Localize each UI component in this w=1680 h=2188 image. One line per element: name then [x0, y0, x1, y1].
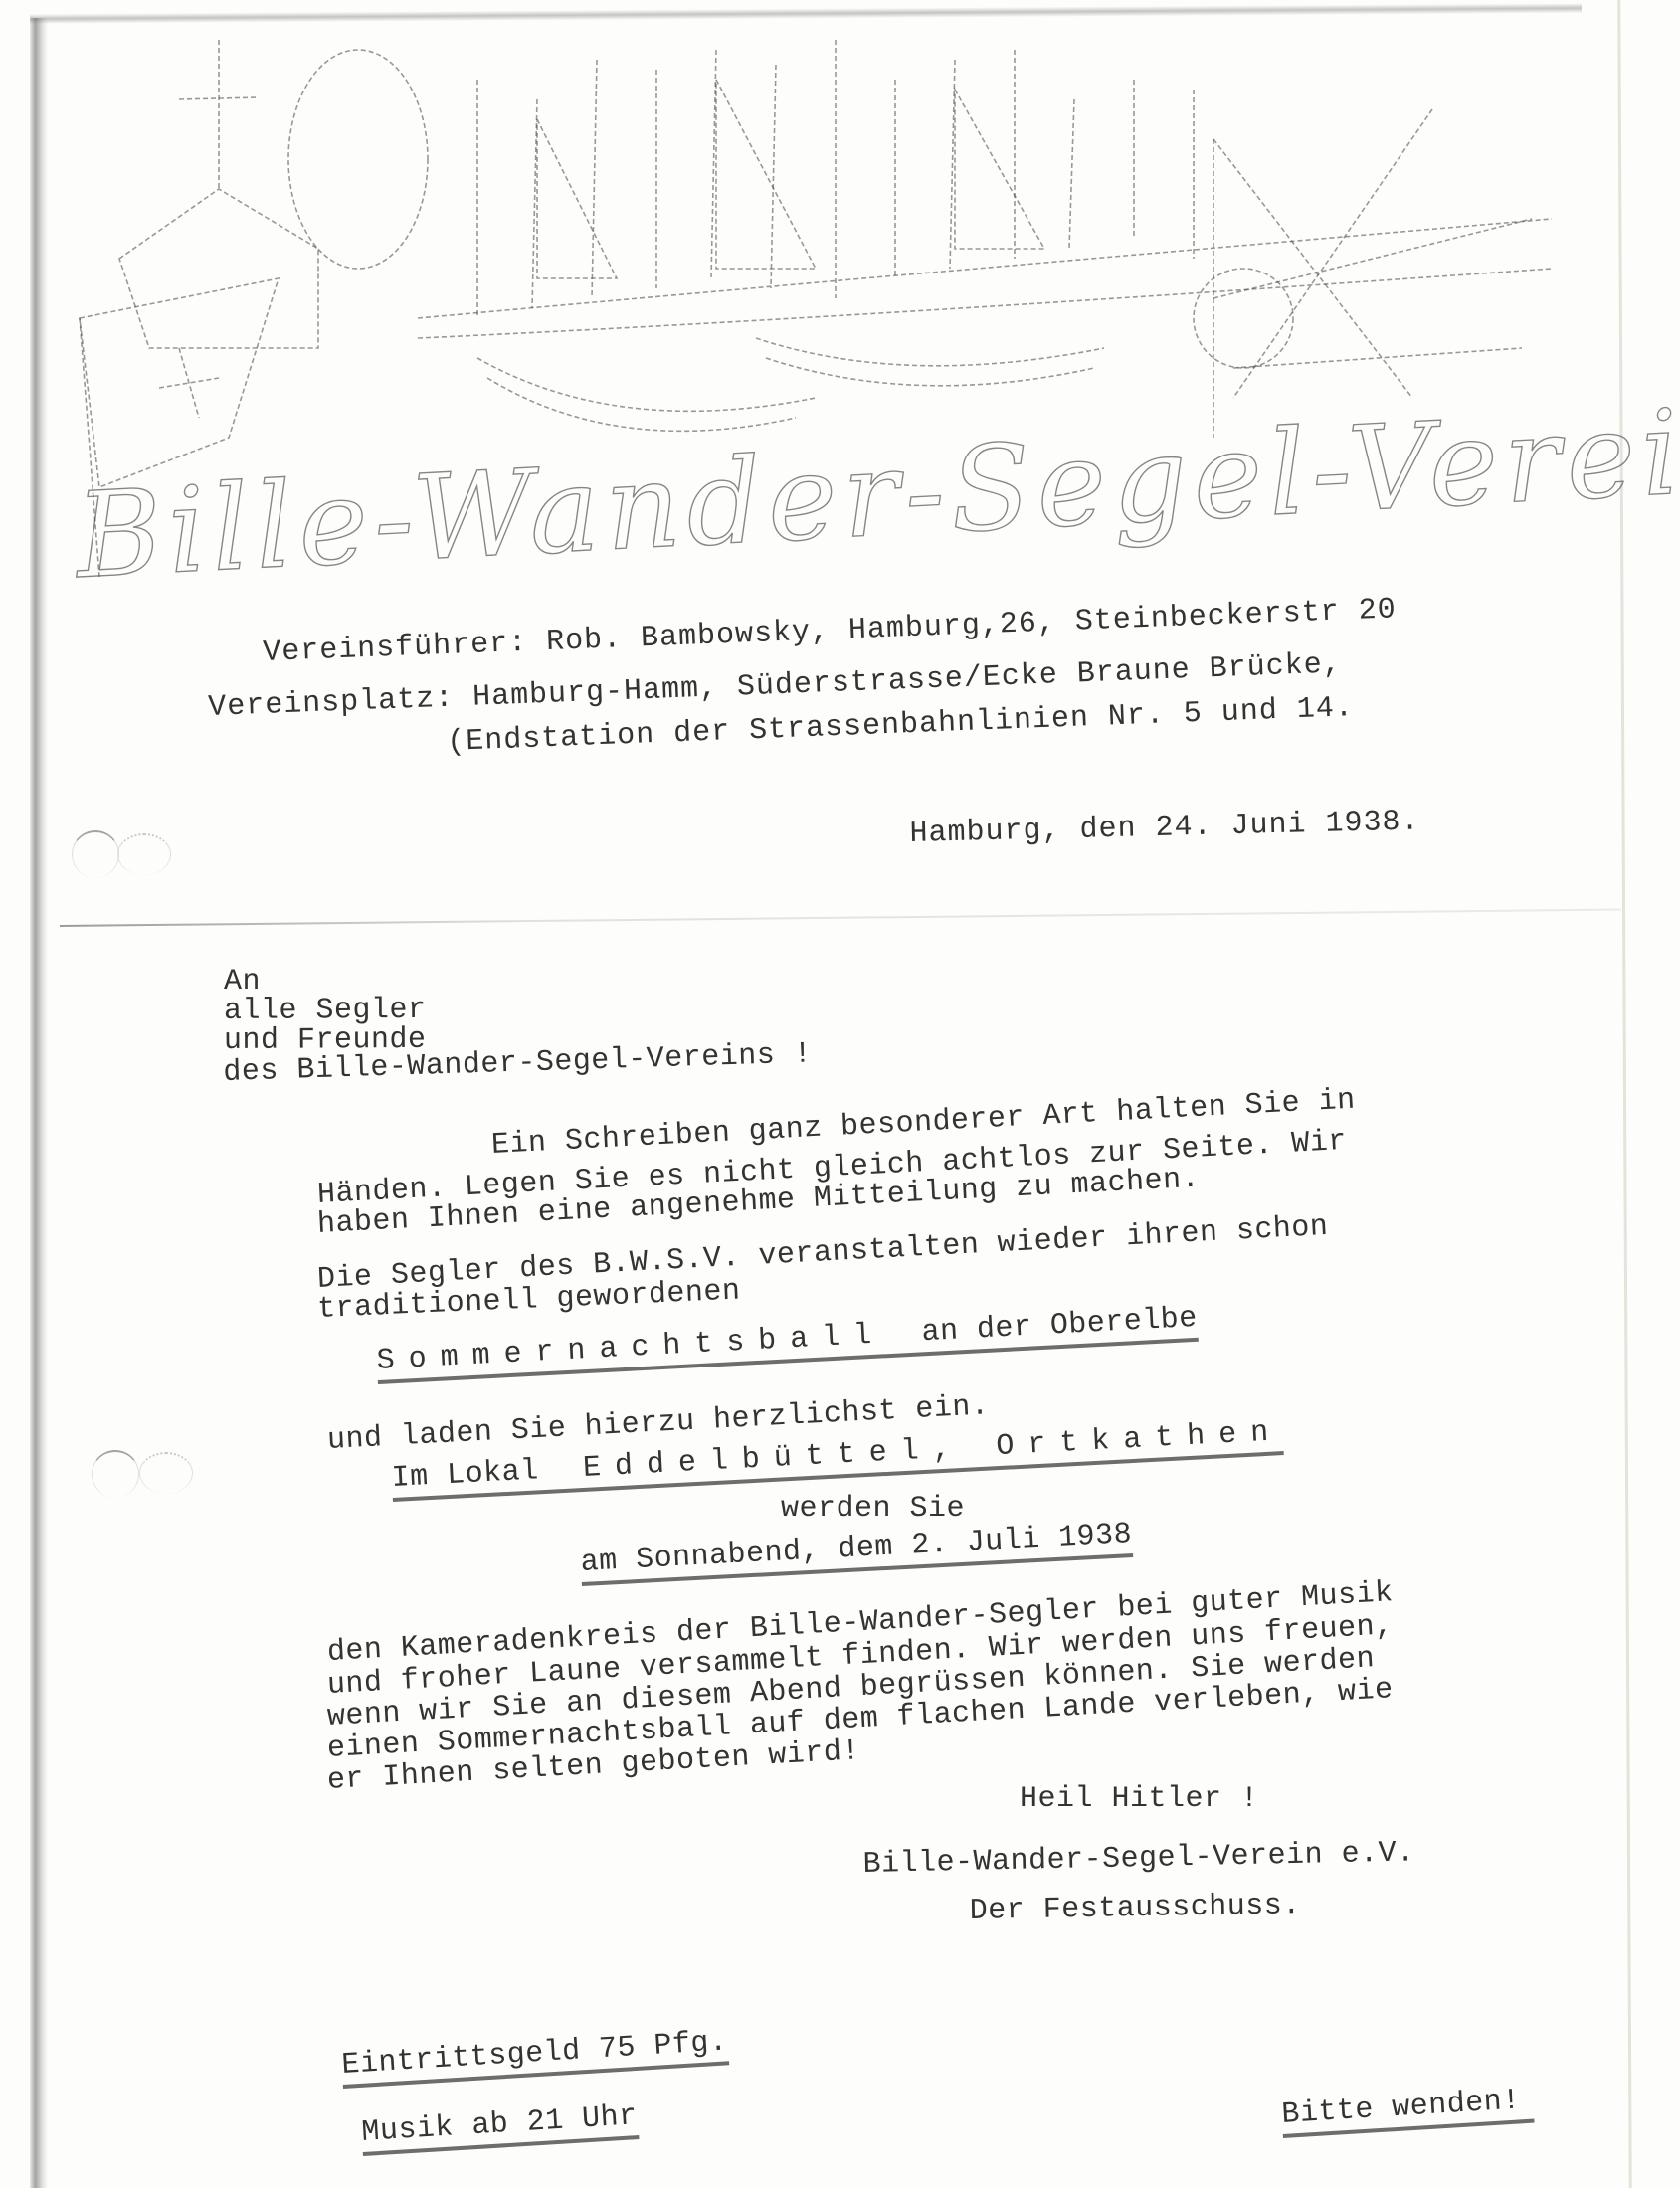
music-time-note: Musik ab 21 Uhr — [361, 2099, 639, 2156]
punch-hole-icon — [72, 830, 119, 878]
scanned-page: Bille-Wander-Segel-Verein Vereinsführer:… — [0, 0, 1680, 2188]
turn-over-note: Bitte wenden! — [1281, 2084, 1535, 2138]
event-location-suffix: an der Oberelbe — [921, 1302, 1199, 1350]
event-date-line: am Sonnabend, dem 2. Juli 1938 — [580, 1518, 1133, 1586]
venue-prefix: Im Lokal — [391, 1454, 540, 1496]
closing-sender: Bille-Wander-Segel-Verein e.V. — [862, 1836, 1415, 1882]
punch-hole-shadow-icon — [117, 833, 171, 875]
entry-fee-note: Eintrittsgeld 75 Pfg. — [341, 2025, 729, 2089]
paper-crease — [60, 909, 1621, 927]
closing-greeting: Heil Hitler ! — [1020, 1782, 1259, 1816]
closing-committee: Der Festausschuss. — [969, 1889, 1301, 1928]
page-edge-right — [1617, 0, 1632, 2188]
werden-sie-line: werden Sie — [781, 1492, 965, 1526]
page-edge-left — [30, 18, 48, 2188]
punch-hole-shadow-icon — [139, 1452, 193, 1494]
event-name: Sommernachtsball — [376, 1318, 886, 1378]
date-line: Hamburg, den 24. Juni 1938. — [909, 805, 1420, 851]
punch-hole-icon — [92, 1450, 139, 1498]
